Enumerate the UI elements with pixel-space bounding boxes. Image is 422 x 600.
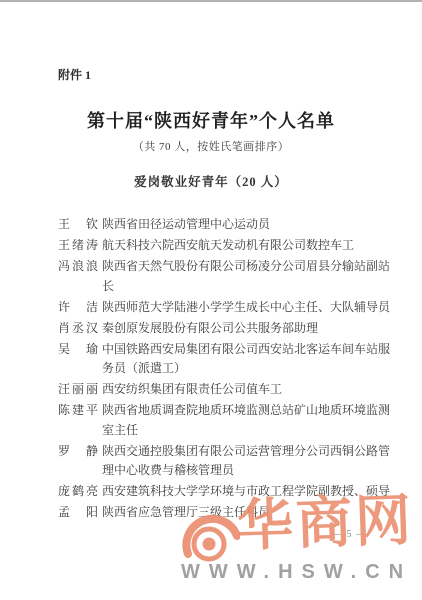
document-page: 附件 1 第十届“陕西好青年”个人名单 （共 70 人，按姓氏笔画排序） 爱岗敬… [0,0,422,600]
list-item: 冯浪浪 陕西省天然气股份有限公司杨凌分公司眉县分输站副站长 [58,257,394,296]
list-item: 肖丞汉 秦创原发展股份有限公司公共服务部助理 [58,319,394,339]
person-name: 汪丽丽 [58,380,98,400]
person-role: 陕西省应急管理厅三级主任科员 [102,503,390,523]
person-name: 肖丞汉 [58,319,98,339]
person-name: 王绪涛 [58,236,98,256]
person-name: 冯浪浪 [58,257,98,296]
list-item: 许 洁 陕西师范大学陆港小学学生成长中心主任、大队辅导员 [58,298,394,318]
person-name: 吴 瑜 [58,340,98,379]
list-item: 王绪涛 航天科技六院西安航天发动机有限公司数控车工 [58,236,394,256]
person-role: 陕西省田径运动管理中心运动员 [102,215,390,235]
page-title: 第十届“陕西好青年”个人名单 [0,107,422,133]
list-item: 罗 静 陕西交通控股集团有限公司运营管理分公司西铜公路管理中心收费与稽核管理员 [58,442,394,481]
person-name: 罗 静 [58,442,98,481]
person-name: 许 洁 [58,298,98,318]
list-item: 陈建平 陕西省地质调查院地质环境监测总站矿山地质环境监测室主任 [58,401,394,440]
person-list: 王 钦 陕西省田径运动管理中心运动员 王绪涛 航天科技六院西安航天发动机有限公司… [58,215,394,524]
person-name: 孟 阳 [58,503,98,523]
person-role: 航天科技六院西安航天发动机有限公司数控车工 [102,236,390,256]
person-name: 陈建平 [58,401,98,440]
person-role: 中国铁路西安局集团有限公司西安站北客运车间车站服务员（派遣工） [102,340,390,379]
person-role: 陕西省天然气股份有限公司杨凌分公司眉县分输站副站长 [102,257,390,296]
list-item: 王 钦 陕西省田径运动管理中心运动员 [58,215,394,235]
person-role: 陕西交通控股集团有限公司运营管理分公司西铜公路管理中心收费与稽核管理员 [102,442,390,481]
person-name: 王 钦 [58,215,98,235]
page-number: — 5 — [332,529,367,540]
list-item: 庞鹤亮 西安建筑科技大学学环境与市政工程学院副教授、硕导 [58,482,394,502]
person-role: 西安建筑科技大学学环境与市政工程学院副教授、硕导 [102,482,390,502]
person-role: 秦创原发展股份有限公司公共服务部助理 [102,319,390,339]
person-role: 西安纺织集团有限责任公司值车工 [102,380,390,400]
page-subtitle: （共 70 人，按姓氏笔画排序） [0,138,422,154]
list-item: 汪丽丽 西安纺织集团有限责任公司值车工 [58,380,394,400]
section-heading: 爱岗敬业好青年（20 人） [0,172,422,190]
watermark-site-url: WWW.HSW.CN [181,561,412,584]
list-item: 孟 阳 陕西省应急管理厅三级主任科员 [58,503,394,523]
attachment-label: 附件 1 [58,66,91,83]
person-role: 陕西省地质调查院地质环境监测总站矿山地质环境监测室主任 [102,401,390,440]
person-name: 庞鹤亮 [58,482,98,502]
person-role: 陕西师范大学陆港小学学生成长中心主任、大队辅导员 [102,298,390,318]
list-item: 吴 瑜 中国铁路西安局集团有限公司西安站北客运车间车站服务员（派遣工） [58,340,394,379]
